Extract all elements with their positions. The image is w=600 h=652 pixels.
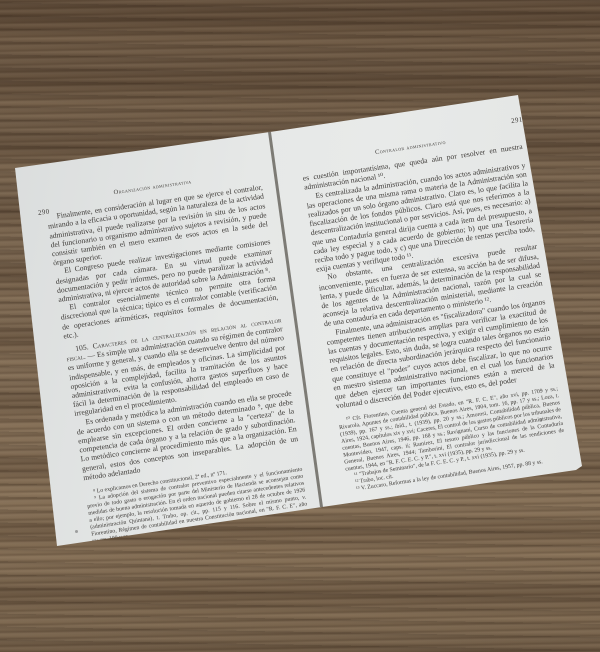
paper-smudge bbox=[540, 418, 542, 422]
paper-smudge bbox=[75, 530, 78, 533]
left-page-number: 290 bbox=[37, 207, 50, 218]
paper-smudge bbox=[200, 505, 202, 507]
right-page-text: Contralor administrativo 291 es cuestión… bbox=[300, 127, 569, 495]
left-page-text: 290 Organización administrativa Finalmen… bbox=[44, 168, 309, 546]
right-page-number: 291 bbox=[510, 115, 523, 126]
